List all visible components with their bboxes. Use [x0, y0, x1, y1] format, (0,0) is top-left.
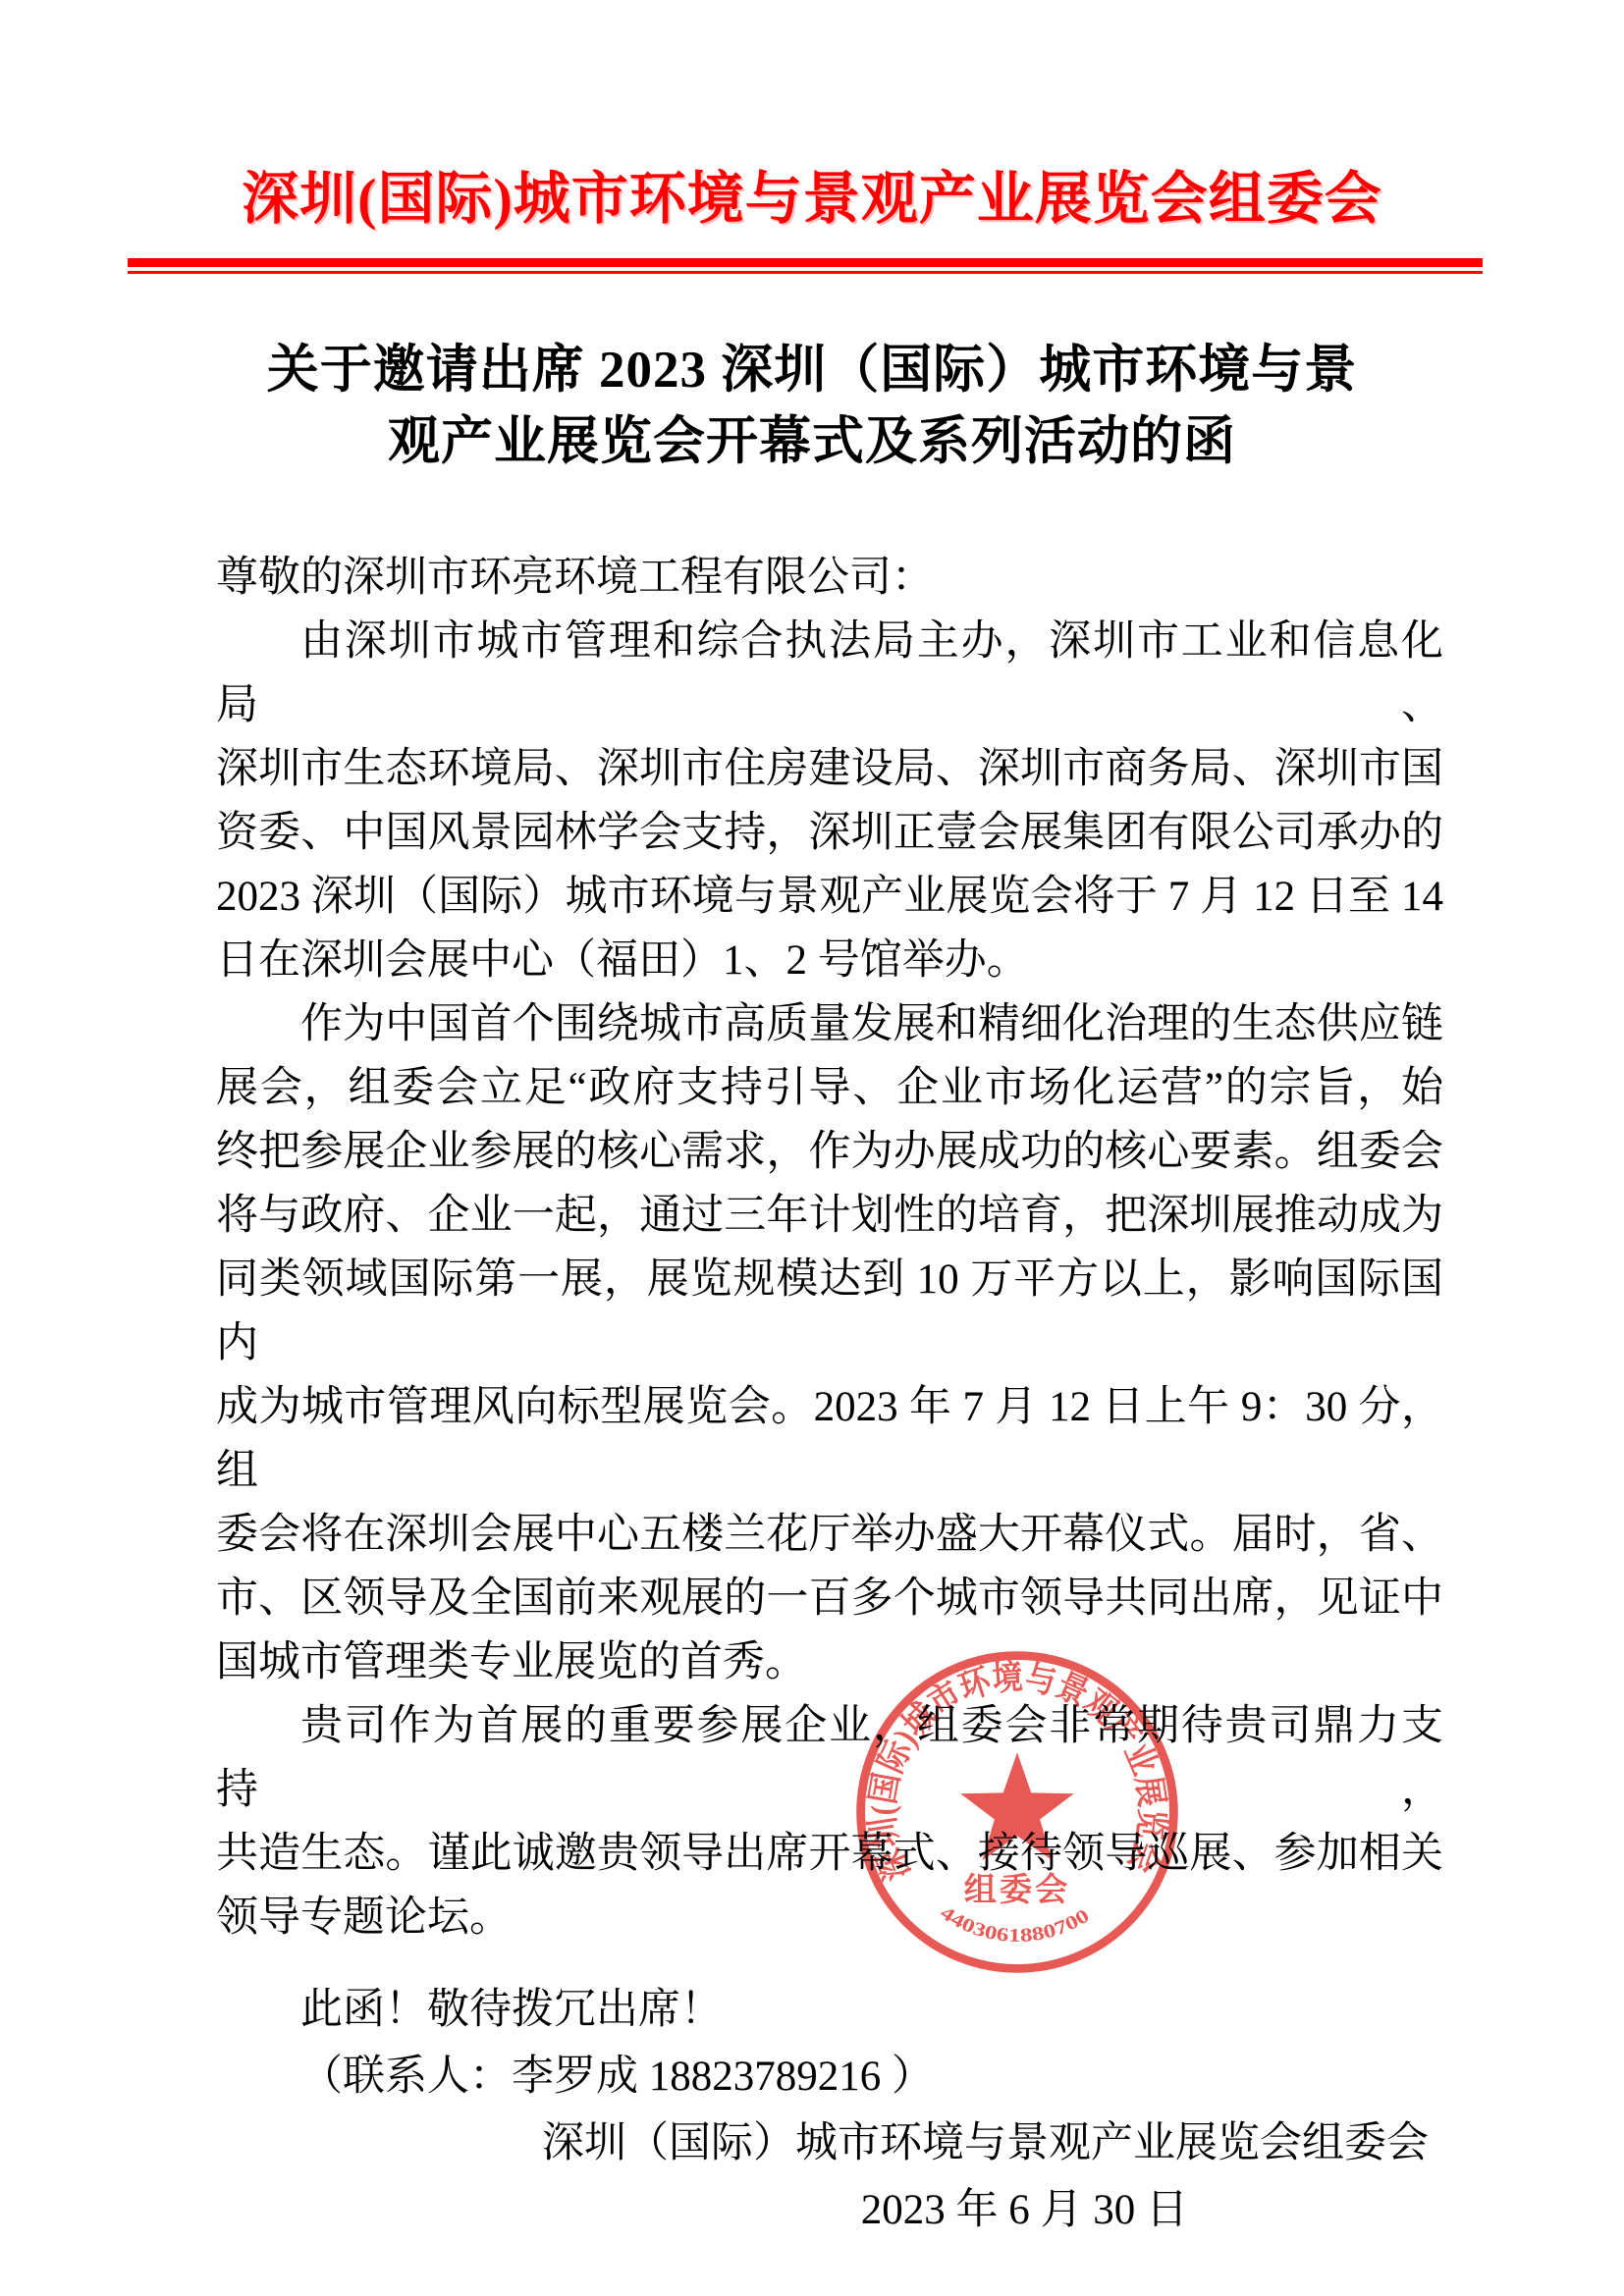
body-line: 成为城市管理风向标型展览会。2023 年 7 月 12 日上午 9：30 分，组	[216, 1375, 1443, 1503]
body-line: 深圳市生态环境局、深圳市住房建设局、深圳市商务局、深圳市国	[216, 737, 1443, 801]
body-line: 2023 深圳（国际）城市环境与景观产业展览会将于 7 月 12 日至 14	[216, 865, 1443, 929]
letter-closing: 此函！敬待拨冗出席！ （联系人：李罗成 18823789216 ） 深圳（国际）…	[216, 1977, 1443, 2244]
closing-salute: 此函！敬待拨冗出席！	[216, 1977, 1443, 2044]
body-line: 领导专题论坛。	[216, 1886, 1443, 1949]
contact-line: （联系人：李罗成 18823789216 ）	[216, 2044, 1443, 2110]
body-line: 将与政府、企业一起，通过三年计划性的培育，把深圳展推动成为	[216, 1184, 1443, 1248]
body-line: 尊敬的深圳市环亮环境工程有限公司：	[216, 546, 1443, 610]
body-line: 展会，组委会立足“政府支持引导、企业市场化运营”的宗旨，始	[216, 1056, 1443, 1120]
body-line: 共造生态。谨此诚邀贵领导出席开幕式、接待领导巡展、参加相关	[216, 1822, 1443, 1886]
body-line: 终把参展企业参展的核心需求，作为办展成功的核心要素。组委会	[216, 1120, 1443, 1184]
letter-body: 尊敬的深圳市环亮环境工程有限公司：由深圳市城市管理和综合执法局主办，深圳市工业和…	[216, 546, 1443, 2244]
body-line: 贵司作为首展的重要参展企业，组委会非常期待贵司鼎力支持，	[216, 1694, 1443, 1822]
letter-page: 深圳(国际)城市环境与景观产业展览会组委会 关于邀请出席 2023 深圳（国际）…	[0, 0, 1624, 2296]
signature-org: 深圳（国际）城市环境与景观产业展览会组委会	[216, 2110, 1443, 2177]
body-line: 同类领域国际第一展，展览规模达到 10 万平方以上，影响国际国内	[216, 1248, 1443, 1375]
body-line: 委会将在深圳会展中心五楼兰花厅举办盛大开幕仪式。届时，省、	[216, 1503, 1443, 1567]
body-line: 资委、中国风景园林学会支持，深圳正壹会展集团有限公司承办的	[216, 801, 1443, 865]
letterhead-divider	[128, 258, 1483, 274]
body-line: 国城市管理类专业展览的首秀。	[216, 1630, 1443, 1694]
letterhead-org-name: 深圳(国际)城市环境与景观产业展览会组委会	[0, 0, 1624, 232]
divider-thin-line	[128, 271, 1483, 274]
body-line: 作为中国首个围绕城市高质量发展和精细化治理的生态供应链	[216, 992, 1443, 1056]
body-line: 由深圳市城市管理和综合执法局主办，深圳市工业和信息化局、	[216, 610, 1443, 737]
body-line: 市、区领导及全国前来观展的一百多个城市领导共同出席，见证中	[216, 1567, 1443, 1630]
body-line: 日在深圳会展中心（福田）1、2 号馆举办。	[216, 929, 1443, 992]
divider-thick-line	[128, 258, 1483, 267]
document-title-line1: 关于邀请出席 2023 深圳（国际）城市环境与景	[267, 342, 1358, 399]
signature-date: 2023 年 6 月 30 日	[216, 2177, 1443, 2244]
document-title: 关于邀请出席 2023 深圳（国际）城市环境与景 观产业展览会开幕式及系列活动的…	[39, 335, 1585, 478]
body-lines: 尊敬的深圳市环亮环境工程有限公司：由深圳市城市管理和综合执法局主办，深圳市工业和…	[216, 546, 1443, 1949]
document-title-line2: 观产业展览会开幕式及系列活动的函	[388, 413, 1236, 470]
